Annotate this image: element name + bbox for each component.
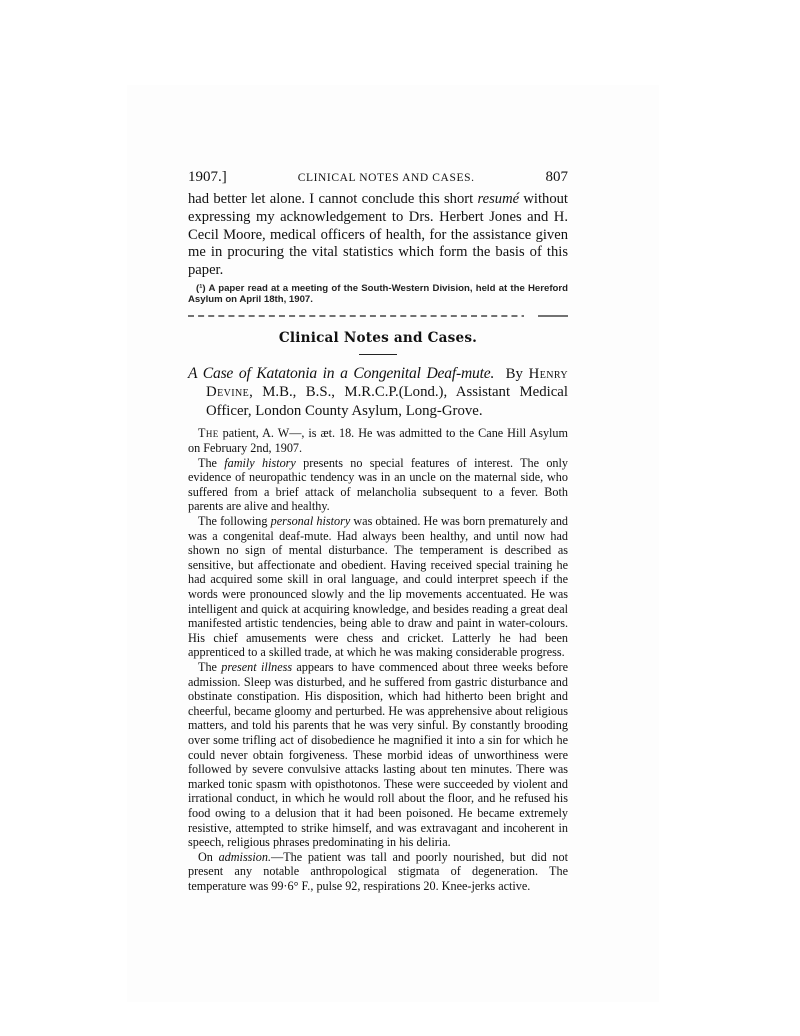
article-heading: A Case of Katatonia in a Congenital Deaf… (188, 365, 568, 421)
author-credentials: , M.B., B.S., M.R.C.P.(Lond.), Assistant… (206, 384, 568, 419)
author-first-name: Henry (529, 366, 568, 382)
paragraph-pre: The (198, 456, 224, 470)
paragraph-italic: present illness (221, 660, 292, 674)
paragraph-text: patient, A. W—, is æt. 18. He was admitt… (188, 426, 568, 455)
paragraph-pre: On (198, 850, 219, 864)
paragraph-present-illness: The present illness appears to have comm… (188, 660, 568, 850)
paragraph-admission: On admission.—The patient was tall and p… (188, 850, 568, 894)
paragraph-italic: personal history (271, 514, 351, 528)
paragraph-pre: The following (198, 514, 271, 528)
paragraph-pre: The (198, 660, 221, 674)
paragraph-text: appears to have commenced about three we… (188, 660, 568, 849)
paragraph-text: was obtained. He was born prematurely an… (188, 514, 568, 659)
paragraph-lead-word: The (198, 426, 219, 440)
footnote: (¹) A paper read at a meeting of the Sou… (188, 283, 568, 305)
lead-paragraph: had better let alone. I cannot conclude … (188, 191, 568, 280)
article-title: A Case of Katatonia in a Congenital Deaf… (188, 365, 494, 382)
section-title: Clinical Notes and Cases. (188, 330, 568, 346)
author-last-name: Devine (206, 384, 249, 400)
running-head-year: 1907.] (188, 166, 227, 188)
running-head: 1907.] CLINICAL NOTES AND CASES. 807 (188, 166, 568, 188)
running-head-title: CLINICAL NOTES AND CASES. (298, 167, 475, 189)
section-divider-rule (188, 315, 568, 317)
page-number: 807 (545, 166, 568, 188)
divider-tail (538, 315, 568, 317)
lead-italic: resumé (477, 191, 519, 207)
text-column: 1907.] CLINICAL NOTES AND CASES. 807 had… (188, 166, 568, 893)
article-by: By (506, 366, 523, 382)
paragraph-intro: The patient, A. W—, is æt. 18. He was ad… (188, 426, 568, 455)
paragraph-family-history: The family history presents no special f… (188, 456, 568, 514)
article-body: The patient, A. W—, is æt. 18. He was ad… (188, 426, 568, 893)
lead-text-1: had better let alone. I cannot conclude … (188, 191, 477, 207)
paragraph-personal-history: The following personal history was obtai… (188, 514, 568, 660)
paragraph-italic: admission. (219, 850, 271, 864)
section-title-underline (359, 354, 397, 355)
paragraph-italic: family history (224, 456, 296, 470)
